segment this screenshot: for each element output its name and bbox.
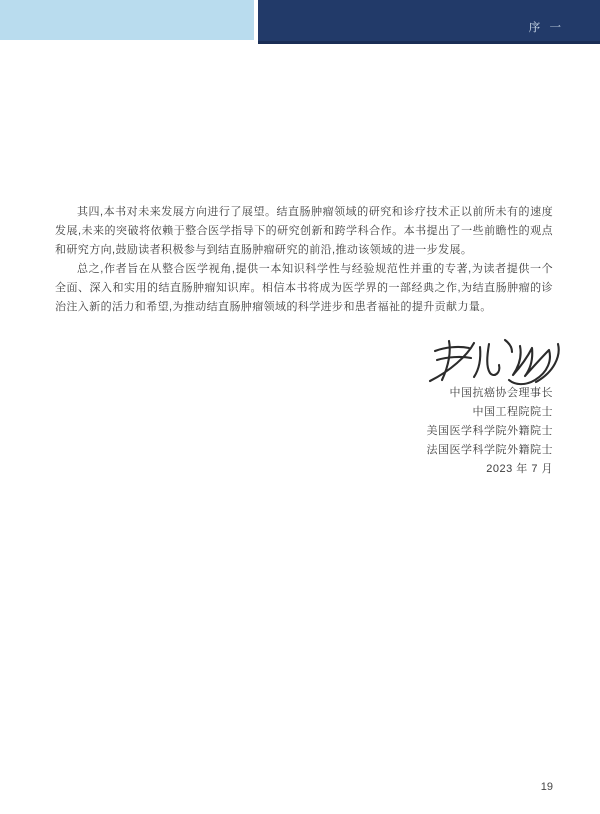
signoff-date: 2023 年 7 月 [427,460,554,479]
body-text-block: 其四,本书对未来发展方向进行了展望。结直肠肿瘤领域的研究和诊疗技术正以前所未有的… [55,203,553,317]
signoff-block: 中国抗癌协会理事长 中国工程院院士 美国医学科学院外籍院士 法国医学科学院外籍院… [427,384,554,479]
signature-strokes [428,334,570,390]
signoff-line-academy-us: 美国医学科学院外籍院士 [427,422,554,441]
signoff-line-academy-fr: 法国医学科学院外籍院士 [427,441,554,460]
paragraph: 其四,本书对未来发展方向进行了展望。结直肠肿瘤领域的研究和诊疗技术正以前所未有的… [55,203,553,260]
signature-handwritten [428,334,570,390]
header-navy-bar: 序 一 [258,0,600,44]
header-light-blue-bar [0,0,254,40]
section-title: 序 一 [529,19,600,41]
signoff-line-title: 中国抗癌协会理事长 [427,384,554,403]
page-number: 19 [541,781,553,793]
paragraph: 总之,作者旨在从整合医学视角,提供一本知识科学性与经验规范性并重的专著,为读者提… [55,260,553,317]
signoff-line-academy-cn: 中国工程院院士 [427,403,554,422]
book-page: 序 一 其四,本书对未来发展方向进行了展望。结直肠肿瘤领域的研究和诊疗技术正以前… [0,0,600,814]
